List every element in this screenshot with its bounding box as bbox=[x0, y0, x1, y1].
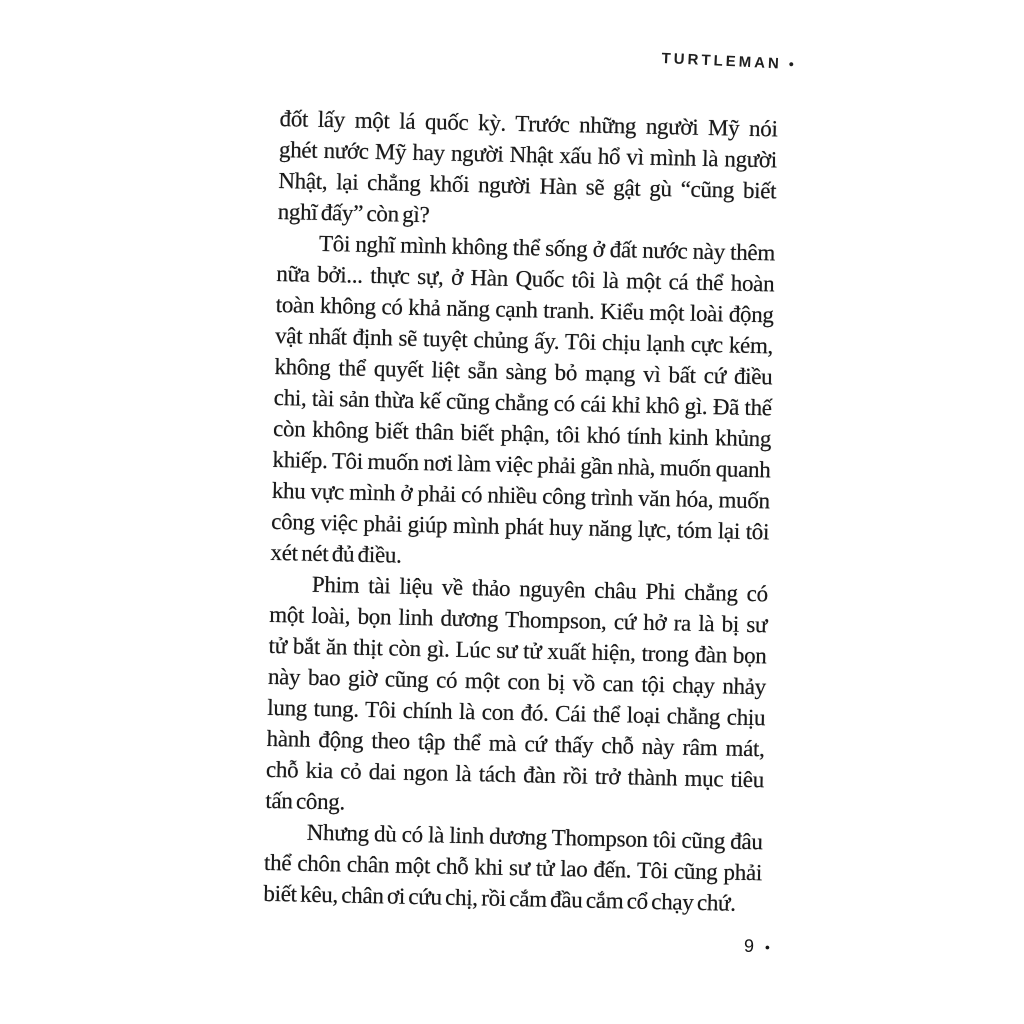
page-number: 9 bbox=[744, 936, 755, 956]
body-text-block: đốt lấy một lá quốc kỳ. Trước những ngườ… bbox=[263, 103, 778, 919]
running-header-bullet-icon: • bbox=[788, 56, 794, 72]
page-footer: 9• bbox=[744, 936, 771, 957]
book-page-scan: TURTLEMAN• đốt lấy một lá quốc kỳ. Trước… bbox=[0, 0, 1024, 1024]
running-header-title: TURTLEMAN bbox=[661, 50, 782, 72]
paragraph: Tôi nghĩ mình không thể sống ở đất nước … bbox=[270, 227, 775, 578]
paragraph: đốt lấy một lá quốc kỳ. Trước những ngườ… bbox=[277, 103, 777, 237]
paragraph: Nhưng dù có là linh dương Thompson tôi c… bbox=[263, 816, 763, 919]
running-header: TURTLEMAN• bbox=[661, 50, 794, 73]
paragraph: Phim tài liệu về thảo nguyên châu Phi ch… bbox=[265, 568, 768, 826]
page-footer-bullet-icon: • bbox=[765, 939, 771, 955]
